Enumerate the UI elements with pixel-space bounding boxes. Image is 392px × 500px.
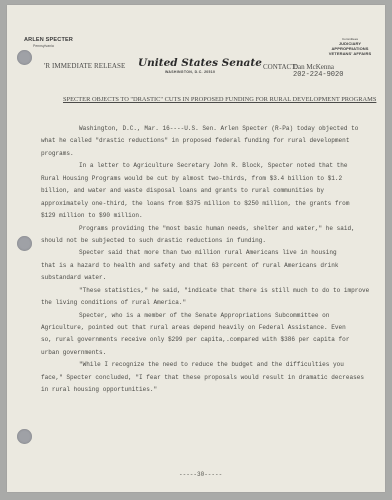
body-line: face," Specter concluded, "I fear that t… — [41, 372, 361, 384]
sender-name: ARLEN SPECTER — [24, 37, 73, 43]
body-line: substandard water. — [41, 272, 361, 284]
binder-hole-middle — [17, 236, 32, 251]
body-line: in rural housing opportunities." — [41, 384, 361, 396]
body-line: that is a hazard to health and safety an… — [41, 260, 361, 272]
press-release-page: ARLEN SPECTER Pennsylvania 'R IMMEDIATE … — [7, 5, 385, 492]
sender-state: Pennsylvania — [33, 44, 54, 48]
body-line: billion, and water and waste disposal lo… — [41, 185, 361, 197]
committee-item: VETERANS' AFFAIRS — [323, 51, 377, 56]
press-release-body: Washington, D.C., Mar. 16----U.S. Sen. A… — [41, 123, 361, 397]
end-marker: -----30----- — [179, 471, 222, 478]
body-line: In a letter to Agriculture Secretary Joh… — [41, 160, 361, 172]
body-line: Programs providing the "most basic human… — [41, 223, 361, 235]
contact-label: CONTACT: — [263, 63, 297, 71]
body-line: Specter said that more than two million … — [41, 247, 361, 259]
body-line: approximately one-third, the loans from … — [41, 198, 361, 210]
body-line: programs. — [41, 148, 361, 160]
contact-phone: 202-224-9020 — [293, 71, 343, 79]
binder-hole-top — [17, 50, 32, 65]
senate-address: WASHINGTON, D.C. 20510 — [165, 70, 215, 74]
committees-list: Committees JUDICIARY APPROPRIATIONS VETE… — [323, 37, 377, 56]
body-line: Specter, who is a member of the Senate A… — [41, 310, 361, 322]
body-line: so, rural governments receive only $299 … — [41, 334, 361, 346]
release-notice: 'R IMMEDIATE RELEASE — [44, 62, 125, 70]
binder-hole-bottom — [17, 429, 32, 444]
body-line: what he called "drastic reductions" in p… — [41, 135, 361, 147]
body-line: urban governments. — [41, 347, 361, 359]
body-line: $129 million to $90 million. — [41, 210, 361, 222]
body-line: "These statistics," he said, "indicate t… — [41, 285, 361, 297]
senate-title: United States Senate — [138, 57, 262, 69]
body-line: should not be subjected to such drastic … — [41, 235, 361, 247]
body-line: Rural Housing Programs would be cut by a… — [41, 173, 361, 185]
body-line: the living conditions of rural America." — [41, 297, 361, 309]
body-line: Washington, D.C., Mar. 16----U.S. Sen. A… — [41, 123, 361, 135]
headline: SPECTER OBJECTS TO "DRASTIC" CUTS IN PRO… — [63, 96, 376, 103]
body-line: "While I recognize the need to reduce th… — [41, 359, 361, 371]
body-line: Agriculture, pointed out that rural area… — [41, 322, 361, 334]
contact-name: Dan McKenna — [293, 63, 334, 71]
